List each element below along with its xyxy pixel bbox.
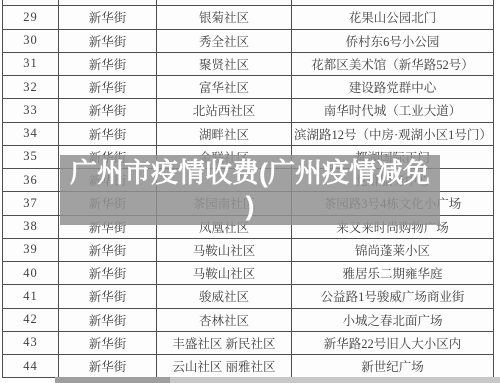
row-number-cell: 39: [3, 238, 59, 261]
street-cell: 新华街: [59, 262, 157, 285]
table-row: 31新华街聚贤社区花都区美术馆（新华路52号）: [3, 52, 494, 75]
table-row: 30新华街秀全社区侨村东6号小公园: [3, 29, 494, 52]
community-cell: 银菊社区: [157, 6, 292, 29]
row-number-cell: 31: [3, 52, 59, 75]
community-cell: 马鞍山社区: [157, 262, 292, 285]
row-number-cell: 37: [3, 192, 59, 215]
location-cell: 侨村东6号小公园: [292, 29, 494, 52]
community-cell: 丰盛社区 新民社区: [157, 331, 292, 354]
community-cell: 马鞍山社区: [157, 238, 292, 261]
street-cell: 新华街: [59, 331, 157, 354]
street-cell: 新华街: [59, 355, 157, 378]
street-cell: 新华街: [59, 6, 157, 29]
table-row: 34新华街湖畔社区滨湖路12号（中房·观湖小区1号门）: [3, 122, 494, 145]
community-cell: 秀全社区: [157, 29, 292, 52]
row-number-cell: 40: [3, 262, 59, 285]
street-cell: 新华街: [59, 99, 157, 122]
row-number-cell: 44: [3, 355, 59, 378]
row-number-cell: 33: [3, 99, 59, 122]
watermark-overlay: 广州市疫情收费(广州疫情减免 ): [60, 155, 440, 225]
location-cell: 新世纪广场: [292, 355, 494, 378]
table-row: 33新华街北站西社区南华时代城（工业大道）: [3, 99, 494, 122]
community-cell: 湖畔社区: [157, 122, 292, 145]
row-number-cell: 38: [3, 215, 59, 238]
row-number-cell: 41: [3, 285, 59, 308]
community-cell: 北站西社区: [157, 99, 292, 122]
table-row: 41新华街骏威社区公益路1号骏威广场商业街: [3, 285, 494, 308]
row-number-cell: 29: [3, 6, 59, 29]
row-number-cell: 32: [3, 76, 59, 99]
street-cell: 新华街: [59, 308, 157, 331]
row-number-cell: 35: [3, 145, 59, 168]
location-cell: 滨湖路12号（中房·观湖小区1号门）: [292, 122, 494, 145]
community-cell: 聚贤社区: [157, 52, 292, 75]
community-cell: 杏林社区: [157, 308, 292, 331]
table-row: 44新华街云山社区 丽雅社区新世纪广场: [3, 355, 494, 378]
screenshot-page: 29新华街银菊社区花果山公园北门30新华街秀全社区侨村东6号小公园31新华街聚贤…: [0, 0, 500, 383]
table-row: 39新华街马鞍山社区锦尚蓬莱小区: [3, 238, 494, 261]
table-row: 40新华街马鞍山社区雅居乐二期雍华庭: [3, 262, 494, 285]
location-cell: 雅居乐二期雍华庭: [292, 262, 494, 285]
community-cell: 云山社区 丽雅社区: [157, 355, 292, 378]
street-cell: 新华街: [59, 29, 157, 52]
street-cell: 新华街: [59, 238, 157, 261]
street-cell: 新华街: [59, 285, 157, 308]
location-cell: 南华时代城（工业大道）: [292, 99, 494, 122]
location-cell: 小城之春北面广场: [292, 308, 494, 331]
watermark-title-line1: 广州市疫情收费(广州疫情减免: [70, 157, 430, 190]
location-cell: 公益路1号骏威广场商业街: [292, 285, 494, 308]
row-number-cell: 30: [3, 29, 59, 52]
table-row: 32新华街富华社区建设路党群中心: [3, 76, 494, 99]
street-cell: 新华街: [59, 76, 157, 99]
community-cell: 富华社区: [157, 76, 292, 99]
location-cell: 锦尚蓬莱小区: [292, 238, 494, 261]
street-cell: 新华街: [59, 52, 157, 75]
table-row: 43新华街丰盛社区 新民社区新华路22号旧人大小区内: [3, 331, 494, 354]
table-row: 29新华街银菊社区花果山公园北门: [3, 6, 494, 29]
location-cell: 花都区美术馆（新华路52号）: [292, 52, 494, 75]
bottom-cutoff-strip-dark: [55, 377, 170, 383]
table-row: 42新华街杏林社区小城之春北面广场: [3, 308, 494, 331]
row-number-cell: 34: [3, 122, 59, 145]
location-cell: 花果山公园北门: [292, 6, 494, 29]
location-cell: 新华路22号旧人大小区内: [292, 331, 494, 354]
street-cell: 新华街: [59, 122, 157, 145]
bottom-cutoff-strip-light: [170, 377, 500, 383]
location-cell: 建设路党群中心: [292, 76, 494, 99]
row-number-cell: 42: [3, 308, 59, 331]
row-number-cell: 36: [3, 169, 59, 192]
watermark-title-line2: ): [246, 190, 255, 223]
row-number-cell: 43: [3, 331, 59, 354]
community-cell: 骏威社区: [157, 285, 292, 308]
